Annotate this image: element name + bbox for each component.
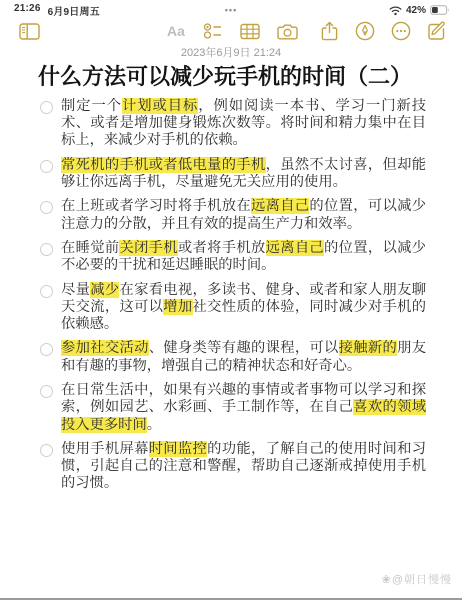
checklist-icon[interactable]: [202, 20, 224, 42]
notes-toolbar: Aa: [0, 19, 462, 45]
highlighted-text: 关闭手机: [119, 240, 177, 256]
battery-percent: 42%: [406, 5, 426, 16]
text-format-label: Aa: [167, 20, 185, 42]
checklist-circle[interactable]: [40, 444, 53, 457]
bullet-text: 制定一个计划或目标，例如阅读一本书、学习一门新技术、或者是增加健身锻炼次数等。将…: [61, 98, 426, 150]
bullet-text: 在日常生活中，如果有兴趣的事情或者事物可以学习和探索，例如园艺、水彩画、手工制作…: [61, 382, 426, 434]
compose-icon[interactable]: [426, 20, 448, 42]
highlighted-text: 远离自己: [266, 240, 324, 256]
share-icon[interactable]: [318, 20, 340, 42]
bullet-text: 在上班或者学习时将手机放在远离自己的位置，可以减少注意力的分散，并且有效的提高生…: [61, 198, 426, 233]
battery-icon: [430, 5, 450, 15]
highlighted-text: 增加: [163, 299, 192, 315]
more-icon[interactable]: [390, 20, 412, 42]
watermark: ❀@朝日慢慢: [382, 571, 452, 587]
bullet-text: 尽量减少在家看电视，多读书、健身、或者和家人朋友聊天交流，这可以增加社交性质的体…: [61, 282, 426, 334]
highlighted-text: 远离自己: [251, 198, 309, 214]
note-timestamp: 2023年6月9日 21:24: [0, 46, 462, 60]
highlighted-text: 时间监控: [149, 441, 207, 457]
bullet-text: 在睡觉前关闭手机或者将手机放远离自己的位置，以减少不必要的干扰和延迟睡眠的时间。: [61, 240, 426, 275]
note-content[interactable]: 2023年6月9日 21:24 什么方法可以减少玩手机的时间（二） 制定一个计划…: [0, 46, 462, 493]
bullet-text: 常死机的手机或者低电量的手机，虽然不太讨喜，但却能够让你远离手机，尽量避免无关应…: [61, 157, 426, 192]
table-icon[interactable]: [239, 20, 261, 42]
checklist-circle[interactable]: [40, 385, 53, 398]
list-item: 使用手机屏幕时间监控的功能，了解自己的使用时间和习惯，引起自己的注意和警醒，帮助…: [40, 441, 426, 493]
text-segment: 制定一个: [61, 98, 122, 114]
status-bar: 21:26 6月9日周五 ••• 42%: [0, 0, 462, 17]
highlighted-text: 接触新的: [339, 340, 397, 356]
wifi-icon: [389, 5, 402, 16]
list-item: 在睡觉前关闭手机或者将手机放远离自己的位置，以减少不必要的干扰和延迟睡眠的时间。: [40, 240, 426, 275]
checklist-circle[interactable]: [40, 101, 53, 114]
text-segment: 在上班或者学习时将手机放在: [61, 198, 251, 214]
list-item: 常死机的手机或者低电量的手机，虽然不太讨喜，但却能够让你远离手机，尽量避免无关应…: [40, 157, 426, 192]
text-segment: 在睡觉前: [61, 240, 119, 256]
multitask-handle-dots: •••: [225, 5, 237, 15]
highlighted-text: 参加社交活动: [61, 340, 149, 356]
highlighted-text: 常死机的手机或者低电量的手机: [61, 157, 266, 173]
highlighted-text: 计划或目标: [122, 98, 198, 114]
status-right: 42%: [389, 5, 450, 16]
checklist-circle[interactable]: [40, 343, 53, 356]
list-item: 在日常生活中，如果有兴趣的事情或者事物可以学习和探索，例如园艺、水彩画、手工制作…: [40, 382, 426, 434]
list-item: 尽量减少在家看电视，多读书、健身、或者和家人朋友聊天交流，这可以增加社交性质的体…: [40, 282, 426, 334]
text-segment: 、健身类等有趣的课程，可以: [149, 340, 339, 356]
highlighted-text: 减少: [90, 282, 119, 298]
text-segment: 使用手机屏幕: [61, 441, 149, 457]
list-item: 参加社交活动、健身类等有趣的课程，可以接触新的朋友和有趣的事物，增强自己的精神状…: [40, 340, 426, 375]
checklist-circle[interactable]: [40, 285, 53, 298]
status-date: 6月9日周五: [48, 3, 100, 18]
bullet-text: 参加社交活动、健身类等有趣的课程，可以接触新的朋友和有趣的事物，增强自己的精神状…: [61, 340, 426, 375]
text-segment: 或者将手机放: [178, 240, 266, 256]
text-segment: 尽量: [61, 282, 90, 298]
bullet-text: 使用手机屏幕时间监控的功能，了解自己的使用时间和习惯，引起自己的注意和警醒，帮助…: [61, 441, 426, 493]
checklist-circle[interactable]: [40, 160, 53, 173]
camera-icon[interactable]: [276, 20, 298, 42]
text-format-icon[interactable]: Aa: [165, 20, 187, 42]
checklist-circle[interactable]: [40, 201, 53, 214]
checklist-circle[interactable]: [40, 243, 53, 256]
list-item: 制定一个计划或目标，例如阅读一本书、学习一门新技术、或者是增加健身锻炼次数等。将…: [40, 98, 426, 150]
sidebar-icon[interactable]: [18, 20, 40, 42]
list-item: 在上班或者学习时将手机放在远离自己的位置，可以减少注意力的分散，并且有效的提高生…: [40, 198, 426, 233]
markup-icon[interactable]: [354, 20, 376, 42]
status-left: 21:26 6月9日周五: [14, 3, 100, 18]
text-segment: 。: [147, 417, 161, 433]
note-title: 什么方法可以减少玩手机的时间（二）: [38, 64, 428, 91]
status-time: 21:26: [14, 3, 41, 18]
bullet-list: 制定一个计划或目标，例如阅读一本书、学习一门新技术、或者是增加健身锻炼次数等。将…: [40, 98, 426, 493]
